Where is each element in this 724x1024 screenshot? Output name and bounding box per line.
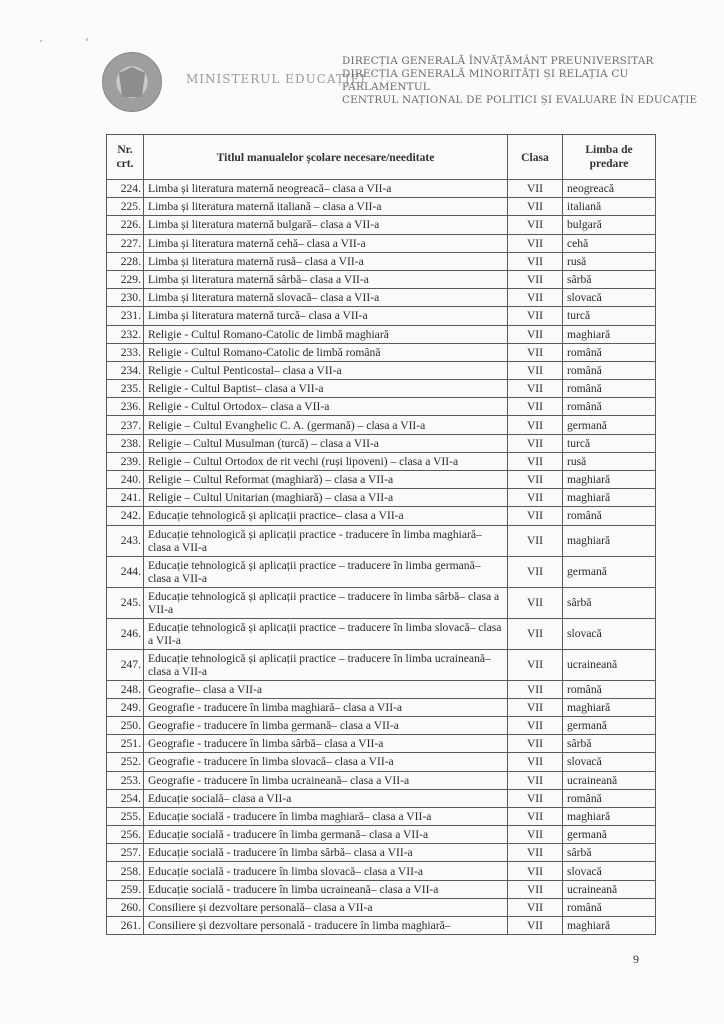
row-title: Religie – Cultul Reformat (maghiară) – c…: [144, 471, 508, 489]
row-number: 232.: [107, 325, 144, 343]
row-title: Religie – Cultul Evanghelic C. A. (germa…: [144, 416, 508, 434]
table-row: 245.Educație tehnologică și aplicații pr…: [107, 587, 656, 618]
row-limba: sârbă: [563, 587, 656, 618]
page-number: 9: [633, 952, 639, 967]
row-limba: slovacă: [563, 753, 656, 771]
table-row: 232.Religie - Cultul Romano-Catolic de l…: [107, 325, 656, 343]
row-limba: română: [563, 507, 656, 525]
row-clasa: VII: [508, 587, 563, 618]
row-clasa: VII: [508, 880, 563, 898]
row-title: Geografie - traducere în limba germană– …: [144, 716, 508, 734]
row-clasa: VII: [508, 270, 563, 288]
row-title: Consiliere și dezvoltare personală - tra…: [144, 917, 508, 935]
row-title: Limba și literatura maternă neogreacă– c…: [144, 180, 508, 198]
table-row: 236.Religie - Cultul Ortodox– clasa a VI…: [107, 398, 656, 416]
directorate-line: DIRECȚIA GENERALĂ MINORITĂȚI ȘI RELAȚIA …: [342, 68, 700, 94]
row-title: Geografie - traducere în limba sârbă– cl…: [144, 735, 508, 753]
row-limba: română: [563, 398, 656, 416]
row-limba: germană: [563, 826, 656, 844]
table-row: 244.Educație tehnologică și aplicații pr…: [107, 556, 656, 587]
table-row: 241.Religie – Cultul Unitarian (maghiară…: [107, 489, 656, 507]
row-title: Limba și literatura maternă slovacă– cla…: [144, 289, 508, 307]
table-row: 231.Limba și literatura maternă turcă– c…: [107, 307, 656, 325]
row-limba: bulgară: [563, 216, 656, 234]
row-number: 228.: [107, 252, 144, 270]
row-title: Religie – Cultul Unitarian (maghiară) – …: [144, 489, 508, 507]
row-clasa: VII: [508, 525, 563, 556]
row-title: Geografie - traducere în limba ucrainean…: [144, 771, 508, 789]
row-number: 230.: [107, 289, 144, 307]
row-limba: maghiară: [563, 525, 656, 556]
row-number: 227.: [107, 234, 144, 252]
row-clasa: VII: [508, 649, 563, 680]
row-number: 248.: [107, 680, 144, 698]
table-row: 240.Religie – Cultul Reformat (maghiară)…: [107, 471, 656, 489]
row-limba: maghiară: [563, 698, 656, 716]
row-limba: neogreacă: [563, 180, 656, 198]
row-clasa: VII: [508, 680, 563, 698]
row-clasa: VII: [508, 416, 563, 434]
row-limba: turcă: [563, 307, 656, 325]
row-limba: slovacă: [563, 618, 656, 649]
row-title: Educație tehnologică și aplicații practi…: [144, 649, 508, 680]
table-row: 255.Educație socială - traducere în limb…: [107, 807, 656, 825]
directorate-line: CENTRUL NAȚIONAL DE POLITICI ȘI EVALUARE…: [342, 94, 700, 107]
row-number: 238.: [107, 434, 144, 452]
table-row: 256.Educație socială - traducere în limb…: [107, 826, 656, 844]
row-title: Educație tehnologică și aplicații practi…: [144, 618, 508, 649]
row-number: 243.: [107, 525, 144, 556]
row-clasa: VII: [508, 343, 563, 361]
row-clasa: VII: [508, 380, 563, 398]
row-clasa: VII: [508, 452, 563, 470]
row-number: 252.: [107, 753, 144, 771]
row-number: 239.: [107, 452, 144, 470]
row-limba: română: [563, 361, 656, 379]
header-limba: Limba de predare: [563, 135, 656, 180]
table-row: 247.Educație tehnologică și aplicații pr…: [107, 649, 656, 680]
directorate-line: DIRECȚIA GENERALĂ ÎNVĂȚĂMÂNT PREUNIVERSI…: [342, 55, 700, 68]
header-clasa: Clasa: [508, 135, 563, 180]
row-number: 225.: [107, 198, 144, 216]
row-number: 224.: [107, 180, 144, 198]
row-number: 250.: [107, 716, 144, 734]
scan-speck: [86, 38, 88, 41]
row-number: 256.: [107, 826, 144, 844]
row-number: 253.: [107, 771, 144, 789]
row-limba: slovacă: [563, 862, 656, 880]
row-limba: sârbă: [563, 270, 656, 288]
row-number: 237.: [107, 416, 144, 434]
row-clasa: VII: [508, 556, 563, 587]
row-number: 258.: [107, 862, 144, 880]
table-row: 237.Religie – Cultul Evanghelic C. A. (g…: [107, 416, 656, 434]
letterhead: MINISTERUL EDUCAȚIEI DIRECȚIA GENERALĂ Î…: [100, 50, 700, 116]
row-number: 260.: [107, 898, 144, 916]
scan-speck: [40, 40, 42, 42]
row-number: 246.: [107, 618, 144, 649]
ministry-name: MINISTERUL EDUCAȚIEI: [186, 72, 366, 86]
row-number: 254.: [107, 789, 144, 807]
row-limba: ucraineană: [563, 880, 656, 898]
row-limba: rusă: [563, 452, 656, 470]
row-clasa: VII: [508, 807, 563, 825]
row-clasa: VII: [508, 844, 563, 862]
row-clasa: VII: [508, 216, 563, 234]
row-title: Geografie– clasa a VII-a: [144, 680, 508, 698]
row-clasa: VII: [508, 361, 563, 379]
row-clasa: VII: [508, 434, 563, 452]
row-number: 245.: [107, 587, 144, 618]
row-title: Educație tehnologică și aplicații practi…: [144, 507, 508, 525]
row-title: Limba și literatura maternă sârbă– clasa…: [144, 270, 508, 288]
row-limba: maghiară: [563, 471, 656, 489]
row-number: 247.: [107, 649, 144, 680]
row-number: 226.: [107, 216, 144, 234]
row-number: 233.: [107, 343, 144, 361]
row-clasa: VII: [508, 489, 563, 507]
row-limba: română: [563, 789, 656, 807]
row-number: 244.: [107, 556, 144, 587]
table-row: 229.Limba și literatura maternă sârbă– c…: [107, 270, 656, 288]
row-number: 255.: [107, 807, 144, 825]
table-row: 251.Geografie - traducere în limba sârbă…: [107, 735, 656, 753]
row-title: Limba și literatura maternă rusă– clasa …: [144, 252, 508, 270]
row-clasa: VII: [508, 735, 563, 753]
row-title: Religie - Cultul Ortodox– clasa a VII-a: [144, 398, 508, 416]
row-number: 235.: [107, 380, 144, 398]
row-limba: rusă: [563, 252, 656, 270]
table-row: 235.Religie - Cultul Baptist– clasa a VI…: [107, 380, 656, 398]
table-row: 238.Religie – Cultul Musulman (turcă) – …: [107, 434, 656, 452]
row-limba: turcă: [563, 434, 656, 452]
table-row: 228.Limba și literatura maternă rusă– cl…: [107, 252, 656, 270]
row-clasa: VII: [508, 180, 563, 198]
row-limba: maghiară: [563, 489, 656, 507]
row-limba: cehă: [563, 234, 656, 252]
row-limba: slovacă: [563, 289, 656, 307]
row-clasa: VII: [508, 898, 563, 916]
row-title: Educație tehnologică și aplicații practi…: [144, 556, 508, 587]
eagle-crest-icon: [119, 67, 145, 97]
row-clasa: VII: [508, 753, 563, 771]
table-row: 258.Educație socială - traducere în limb…: [107, 862, 656, 880]
row-number: 229.: [107, 270, 144, 288]
row-title: Educație socială– clasa a VII-a: [144, 789, 508, 807]
row-limba: germană: [563, 416, 656, 434]
row-clasa: VII: [508, 507, 563, 525]
table-row: 227.Limba și literatura maternă cehă– cl…: [107, 234, 656, 252]
row-title: Religie - Cultul Romano-Catolic de limbă…: [144, 343, 508, 361]
directorates: DIRECȚIA GENERALĂ ÎNVĂȚĂMÂNT PREUNIVERSI…: [342, 55, 700, 107]
row-clasa: VII: [508, 771, 563, 789]
row-number: 240.: [107, 471, 144, 489]
row-title: Educație socială - traducere în limba sl…: [144, 862, 508, 880]
table-row: 226.Limba și literatura maternă bulgară–…: [107, 216, 656, 234]
row-clasa: VII: [508, 289, 563, 307]
row-title: Religie - Cultul Baptist– clasa a VII-a: [144, 380, 508, 398]
row-number: 249.: [107, 698, 144, 716]
row-clasa: VII: [508, 398, 563, 416]
row-limba: maghiară: [563, 917, 656, 935]
table-row: 260.Consiliere și dezvoltare personală– …: [107, 898, 656, 916]
row-title: Geografie - traducere în limba maghiară–…: [144, 698, 508, 716]
row-number: 236.: [107, 398, 144, 416]
table-row: 243.Educație tehnologică și aplicații pr…: [107, 525, 656, 556]
row-limba: română: [563, 898, 656, 916]
row-limba: ucraineană: [563, 771, 656, 789]
row-number: 241.: [107, 489, 144, 507]
row-limba: ucraineană: [563, 649, 656, 680]
table-row: 261.Consiliere și dezvoltare personală -…: [107, 917, 656, 935]
table-row: 224.Limba și literatura maternă neogreac…: [107, 180, 656, 198]
row-title: Educație tehnologică și aplicații practi…: [144, 525, 508, 556]
row-number: 234.: [107, 361, 144, 379]
row-clasa: VII: [508, 698, 563, 716]
row-title: Limba și literatura maternă bulgară– cla…: [144, 216, 508, 234]
row-title: Religie - Cultul Romano-Catolic de limbă…: [144, 325, 508, 343]
row-title: Limba și literatura maternă turcă– clasa…: [144, 307, 508, 325]
row-limba: maghiară: [563, 807, 656, 825]
table-row: 254.Educație socială– clasa a VII-aVIIro…: [107, 789, 656, 807]
row-clasa: VII: [508, 325, 563, 343]
table-row: 252.Geografie - traducere în limba slova…: [107, 753, 656, 771]
table-header-row: Nr. crt. Titlul manualelor școlare neces…: [107, 135, 656, 180]
table-row: 246.Educație tehnologică și aplicații pr…: [107, 618, 656, 649]
row-limba: română: [563, 343, 656, 361]
government-seal-logo: [102, 52, 162, 112]
row-clasa: VII: [508, 307, 563, 325]
row-clasa: VII: [508, 618, 563, 649]
row-title: Religie - Cultul Penticostal– clasa a VI…: [144, 361, 508, 379]
table-row: 259.Educație socială - traducere în limb…: [107, 880, 656, 898]
table-row: 225.Limba și literatura maternă italiană…: [107, 198, 656, 216]
row-clasa: VII: [508, 234, 563, 252]
row-title: Limba și literatura maternă italiană – c…: [144, 198, 508, 216]
row-title: Educație socială - traducere în limba ge…: [144, 826, 508, 844]
table-row: 249.Geografie - traducere în limba maghi…: [107, 698, 656, 716]
textbook-table: Nr. crt. Titlul manualelor școlare neces…: [106, 134, 656, 935]
row-number: 261.: [107, 917, 144, 935]
row-clasa: VII: [508, 862, 563, 880]
row-clasa: VII: [508, 471, 563, 489]
table-row: 233.Religie - Cultul Romano-Catolic de l…: [107, 343, 656, 361]
row-title: Educație socială - traducere în limba sâ…: [144, 844, 508, 862]
row-number: 231.: [107, 307, 144, 325]
table-row: 257.Educație socială - traducere în limb…: [107, 844, 656, 862]
table-row: 239.Religie – Cultul Ortodox de rit vech…: [107, 452, 656, 470]
table-row: 234.Religie - Cultul Penticostal– clasa …: [107, 361, 656, 379]
row-clasa: VII: [508, 716, 563, 734]
row-clasa: VII: [508, 198, 563, 216]
row-limba: sârbă: [563, 844, 656, 862]
row-number: 257.: [107, 844, 144, 862]
row-limba: germană: [563, 716, 656, 734]
row-title: Limba și literatura maternă cehă– clasa …: [144, 234, 508, 252]
header-nr: Nr. crt.: [107, 135, 144, 180]
row-title: Geografie - traducere în limba slovacă– …: [144, 753, 508, 771]
row-limba: română: [563, 380, 656, 398]
row-limba: italiană: [563, 198, 656, 216]
row-clasa: VII: [508, 826, 563, 844]
header-title: Titlul manualelor școlare necesare/needi…: [144, 135, 508, 180]
table-row: 230.Limba și literatura maternă slovacă–…: [107, 289, 656, 307]
row-title: Religie – Cultul Ortodox de rit vechi (r…: [144, 452, 508, 470]
row-title: Educație socială - traducere în limba ma…: [144, 807, 508, 825]
row-limba: germană: [563, 556, 656, 587]
row-limba: română: [563, 680, 656, 698]
row-limba: maghiară: [563, 325, 656, 343]
row-title: Educație tehnologică și aplicații practi…: [144, 587, 508, 618]
table-row: 250.Geografie - traducere în limba germa…: [107, 716, 656, 734]
row-title: Religie – Cultul Musulman (turcă) – clas…: [144, 434, 508, 452]
row-clasa: VII: [508, 252, 563, 270]
row-clasa: VII: [508, 917, 563, 935]
row-number: 259.: [107, 880, 144, 898]
row-clasa: VII: [508, 789, 563, 807]
row-limba: sârbă: [563, 735, 656, 753]
row-number: 251.: [107, 735, 144, 753]
table-row: 242.Educație tehnologică și aplicații pr…: [107, 507, 656, 525]
row-title: Educație socială - traducere în limba uc…: [144, 880, 508, 898]
row-title: Consiliere și dezvoltare personală– clas…: [144, 898, 508, 916]
table-row: 248.Geografie– clasa a VII-aVIIromână: [107, 680, 656, 698]
row-number: 242.: [107, 507, 144, 525]
table-row: 253.Geografie - traducere în limba ucrai…: [107, 771, 656, 789]
